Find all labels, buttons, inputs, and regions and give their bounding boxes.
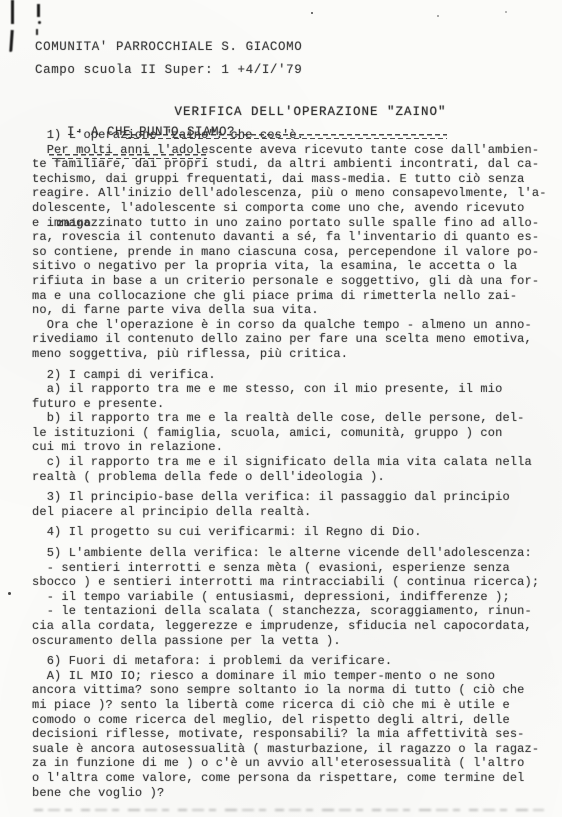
text-line: 6) Fuori di metafora: i problemi da veri… [32,654,556,669]
text-line: no, di farne parte viva della sua vita. [32,303,556,318]
text-line: dolescente, l'adolescente si comporta co… [32,201,556,216]
text-line: cui mi trovo in relazione. [32,440,556,455]
scan-speck [8,592,11,595]
text-line: mi piace )? sento la libertà come ricerc… [32,698,556,713]
text-line: ra, rovescia il contenuto davanti a sé, … [32,230,556,245]
paragraph: 6) Fuori di metafora: i problemi da veri… [32,654,556,800]
text-line: techismo, dai gruppi frequentati, dai ma… [32,172,556,187]
body-text: 1) L'operazione "zaino": che cos'è. Per … [32,128,556,800]
text-line: - le tentazioni della scalata ( stanchez… [32,604,556,619]
text-line: o l'altra come valore, come persona da r… [32,771,556,786]
text-line: suale è ancora autosessualità ( masturba… [32,742,556,757]
ink-mark [37,4,40,17]
text-line: cia alla cordata, leggerezze e imprudenz… [32,619,556,634]
organization-title: COMUNITA' PARROCCHIALE S. GIACOMO [35,40,302,54]
text-line: Ora che l'operazione è in corso da qualc… [32,318,556,333]
scan-speck [311,12,313,14]
text-line: 4) Il progetto su cui verificarmi: il Re… [32,525,556,540]
text-line: reagire. All'inizio dell'adolescenza, pi… [32,186,556,201]
text-line: del piacere al principio della realtà. [32,505,556,520]
text-line: Per molti anni l'adolescente aveva ricev… [32,143,556,158]
text-line: so contiene, prende in mano ciascuna cos… [32,245,556,260]
text-line: c) il rapporto tra me e il significato d… [32,455,556,470]
text-line: b) il rapporto tra me e la realtà delle … [32,411,556,426]
text-line: le istituzioni ( famiglia, scuola, amici… [32,426,556,441]
text-line: sbocco ) e sentieri interrotti ma rintra… [32,575,556,590]
text-line: a) il rapporto tra me e me stesso, con i… [32,382,556,397]
text-line: comodo o come ricerca del meglio, del ri… [32,713,556,728]
text-line: te familiare, dai propri studi, da altri… [32,157,556,172]
scan-speck [437,15,439,17]
paragraph: 5) L'ambiente della verifica: le alterne… [32,546,556,648]
ink-mark [38,21,41,24]
camp-session-line: Campo scuola II Super: 1 +4/I/'79 [35,63,302,77]
text-line: ma e una collocazione che gli piace prim… [32,289,556,304]
ink-mark [11,0,14,24]
text-line: futuro e presente. [32,397,556,412]
text-line: decisioni riflesse, motivate, responsabi… [32,727,556,742]
paragraph: 3) Il principio-base della verifica: il … [32,490,556,519]
text-line: - il tempo variabile ( entusiasmi, depre… [32,590,556,605]
text-line: za in funzione di me ) o c'è un avvio al… [32,756,556,771]
paragraph: 2) I campi di verifica. a) il rapporto t… [32,368,556,485]
text-line: e immagazzinato tutto in uno zaino porta… [32,216,556,231]
text-line: rifiuta in base a un criterio personale … [32,274,556,289]
text-line: sitivo o negativo per la propria vita, l… [32,259,556,274]
text-line: 2) I campi di verifica. [32,368,556,383]
text-line: meno soggettiva, più riflessa, più criti… [32,347,556,362]
cutoff-ghost-line [34,809,544,815]
text-line: 1) L'operazione "zaino": che cos'è. [32,128,556,143]
scanned-document-page: COMUNITA' PARROCCHIALE S. GIACOMO Campo … [0,0,562,817]
paragraph: 1) L'operazione "zaino": che cos'è. Per … [32,128,556,362]
text-line: 5) L'ambiente della verifica: le alterne… [32,546,556,561]
text-line: rivediamo il contenuto dello zaino per f… [32,332,556,347]
paragraph: 4) Il progetto su cui verificarmi: il Re… [32,525,556,540]
text-line: 3) Il principio-base della verifica: il … [32,490,556,505]
text-line: ancora vittima? sono sempre soltanto io … [32,683,556,698]
text-line: A) IL MIO IO; riesco a dominare il mio t… [32,669,556,684]
text-line: realtà ( problema della fede o dell'ideo… [32,470,556,485]
text-line: oscuramento della passione per la vetta … [32,634,556,649]
text-line: bene che voglio )? [32,786,556,801]
scan-speck [505,11,507,13]
ink-mark [36,29,38,35]
ink-mark [9,30,14,52]
text-line: - sentieri interrotti e senza mèta ( eva… [32,561,556,576]
